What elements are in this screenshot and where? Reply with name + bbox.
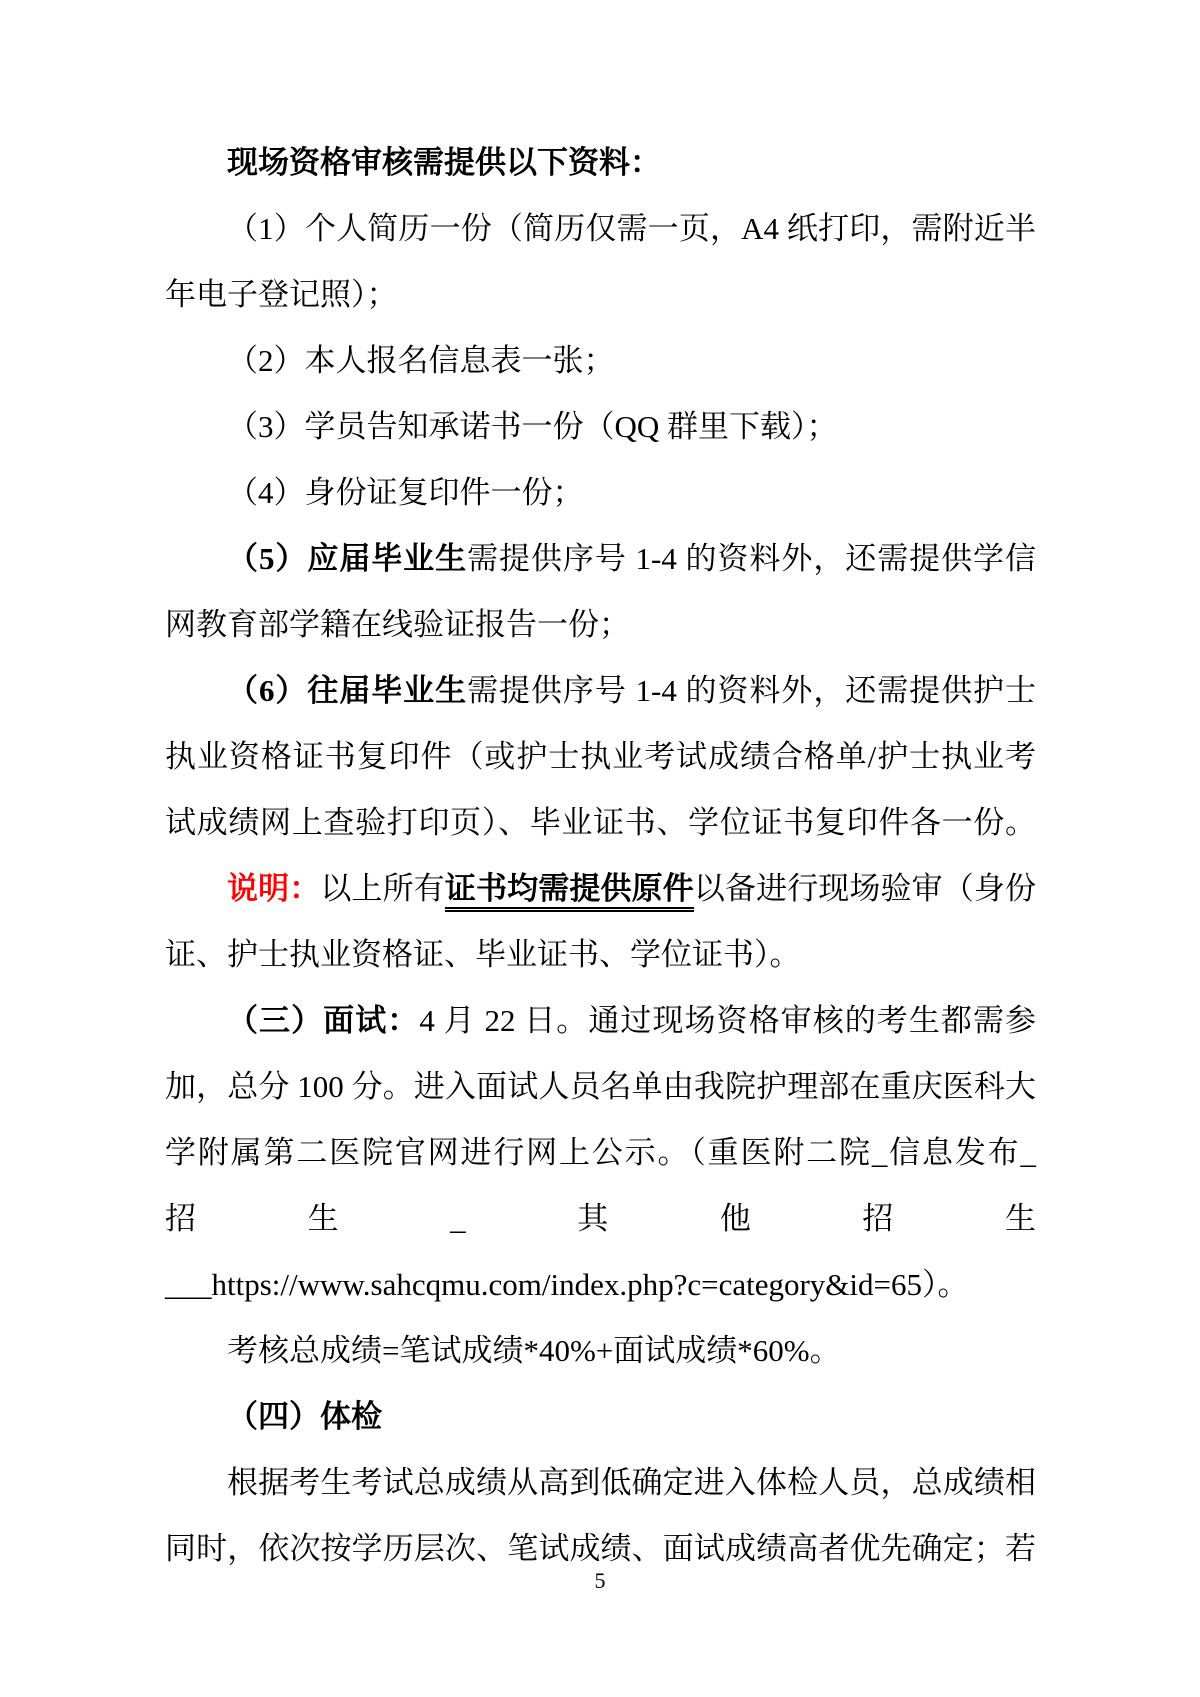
spread-char: 其 xyxy=(577,1186,608,1252)
body-text: （3）学员告知承诺书一份（QQ 群里下载）； xyxy=(227,409,838,444)
originals-required-emphasis: 证书均需提供原件 xyxy=(445,871,694,912)
body-text: 考核总成绩=笔试成绩*40%+面试成绩*60%。 xyxy=(227,1333,841,1368)
note-line-2: 证、护士执业资格证、毕业证书、学位证书）。 xyxy=(165,922,1036,988)
interview-line-1: （三）面试：4 月 22 日。通过现场资格审核的考生都需参 xyxy=(165,988,1036,1054)
body-text: 年电子登记照）； xyxy=(165,277,398,312)
score-formula: 考核总成绩=笔试成绩*40%+面试成绩*60%。 xyxy=(165,1318,1036,1384)
interview-url-line: ___https://www.sahcqmu.com/index.php?c=c… xyxy=(165,1252,1036,1318)
body-text: （1）个人简历一份（简历仅需一页，A4 纸打印，需附近半 xyxy=(227,211,1036,246)
interview-line-4-justified: 招生_其他招生 xyxy=(165,1186,1036,1252)
body-text: 加，总分 100 分。进入面试人员名单由我院护理部在重庆医科大 xyxy=(165,1069,1036,1104)
fresh-graduate-label: （5）应届毕业生 xyxy=(227,541,467,576)
body-text: 证、护士执业资格证、毕业证书、学位证书）。 xyxy=(165,937,801,972)
body-text: 试成绩网上查验打印页）、毕业证书、学位证书复印件各一份。 xyxy=(165,805,1036,840)
heading-text: （四）体检 xyxy=(227,1399,382,1434)
physical-exam-line-1: 根据考生考试总成绩从高到低确定进入体检人员，总成绩相 xyxy=(165,1450,1036,1516)
item-1-line-1: （1）个人简历一份（简历仅需一页，A4 纸打印，需附近半 xyxy=(165,196,1036,262)
item-5-line-2: 网教育部学籍在线验证报告一份； xyxy=(165,592,1036,658)
item-6-line-2: 执业资格证书复印件（或护士执业考试成绩合格单/护士执业考 xyxy=(165,724,1036,790)
url-text: ___https://www.sahcqmu.com/index.php?c=c… xyxy=(165,1267,969,1302)
materials-required-heading: 现场资格审核需提供以下资料： xyxy=(165,130,1036,196)
spread-char: 生 xyxy=(308,1186,339,1252)
body-text: （4）身份证复印件一份； xyxy=(227,475,584,510)
page-number: 5 xyxy=(0,1566,1200,1596)
item-2: （2）本人报名信息表一张； xyxy=(165,328,1036,394)
interview-heading-label: （三）面试： xyxy=(227,1003,419,1038)
spread-char: 生 xyxy=(1005,1186,1036,1252)
item-4: （4）身份证复印件一份； xyxy=(165,460,1036,526)
note-line-1: 说明：以上所有证书均需提供原件以备进行现场验审（身份 xyxy=(165,856,1036,922)
document-body: 现场资格审核需提供以下资料： （1）个人简历一份（简历仅需一页，A4 纸打印，需… xyxy=(0,0,1200,1582)
interview-line-3: 学附属第二医院官网进行网上公示。（重医附二院_信息发布_ xyxy=(165,1120,1036,1186)
body-text: 4 月 22 日。通过现场资格审核的考生都需参 xyxy=(419,1003,1036,1038)
item-6-line-3: 试成绩网上查验打印页）、毕业证书、学位证书复印件各一份。 xyxy=(165,790,1036,856)
interview-line-2: 加，总分 100 分。进入面试人员名单由我院护理部在重庆医科大 xyxy=(165,1054,1036,1120)
body-text: 根据考生考试总成绩从高到低确定进入体检人员，总成绩相 xyxy=(227,1465,1036,1500)
item-5-line-1: （5）应届毕业生需提供序号 1-4 的资料外，还需提供学信 xyxy=(165,526,1036,592)
spread-char: 招 xyxy=(165,1186,196,1252)
physical-exam-heading: （四）体检 xyxy=(165,1384,1036,1450)
body-text: （2）本人报名信息表一张； xyxy=(227,343,615,378)
heading-text: 现场资格审核需提供以下资料： xyxy=(227,145,661,180)
document-page: 现场资格审核需提供以下资料： （1）个人简历一份（简历仅需一页，A4 纸打印，需… xyxy=(0,0,1200,1697)
spread-char: 他 xyxy=(720,1186,751,1252)
body-text: 以上所有 xyxy=(320,871,444,906)
body-text: 需提供序号 1-4 的资料外，还需提供护士 xyxy=(467,673,1036,708)
body-text: 执业资格证书复印件（或护士执业考试成绩合格单/护士执业考 xyxy=(165,739,1036,774)
spread-char: _ xyxy=(450,1186,466,1252)
item-6-line-1: （6）往届毕业生需提供序号 1-4 的资料外，还需提供护士 xyxy=(165,658,1036,724)
body-text: 同时，依次按学历层次、笔试成绩、面试成绩高者优先确定；若 xyxy=(165,1531,1036,1566)
page-number-text: 5 xyxy=(595,1568,606,1593)
previous-graduate-label: （6）往届毕业生 xyxy=(227,673,467,708)
spread-char: 招 xyxy=(862,1186,893,1252)
item-1-line-2: 年电子登记照）； xyxy=(165,262,1036,328)
item-3: （3）学员告知承诺书一份（QQ 群里下载）； xyxy=(165,394,1036,460)
body-text: 网教育部学籍在线验证报告一份； xyxy=(165,607,630,642)
note-label: 说明： xyxy=(227,871,320,906)
body-text: 需提供序号 1-4 的资料外，还需提供学信 xyxy=(467,541,1036,576)
body-text: 以备进行现场验审（身份 xyxy=(694,871,1036,906)
body-text: 学附属第二医院官网进行网上公示。（重医附二院_信息发布_ xyxy=(165,1135,1036,1170)
